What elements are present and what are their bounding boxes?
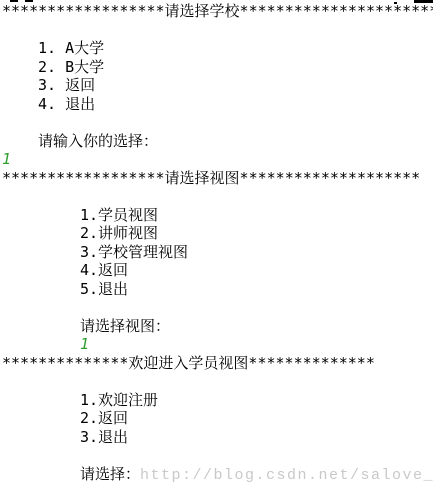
user-input-text: 1	[2, 150, 11, 168]
console-text: 2.讲师视图	[80, 224, 158, 242]
console-text: 3. 返回	[38, 76, 95, 94]
console-output[interactable]: ******************请选择学校*****************…	[0, 2, 433, 483]
console-line	[0, 187, 433, 206]
console-line: 2.返回	[0, 409, 433, 428]
console-line: ******************请选择视图*****************…	[0, 169, 433, 188]
console-text: 请选择：	[80, 465, 140, 483]
console-line: 请选择视图：	[0, 317, 433, 336]
console-screenshot: { "page": { "background": "#ffffff", "wi…	[0, 0, 433, 483]
console-line: 请选择：http://blog.csdn.net/salove_y	[0, 465, 433, 483]
console-line: 1	[0, 335, 433, 354]
console-line: 2.讲师视图	[0, 224, 433, 243]
console-text: 2.返回	[80, 409, 128, 427]
console-line: 1	[0, 150, 433, 169]
console-line: ******************请选择学校*****************…	[0, 2, 433, 21]
console-line: 5.退出	[0, 280, 433, 299]
console-text: ******************请选择视图*****************…	[2, 169, 420, 187]
console-line: 4.返回	[0, 261, 433, 280]
console-text: 请选择视图：	[80, 317, 170, 335]
console-text: 5.退出	[80, 280, 128, 298]
console-text: 1.学员视图	[80, 206, 158, 224]
console-line	[0, 372, 433, 391]
watermark-text: http://blog.csdn.net/salove_y	[140, 467, 433, 483]
console-line: 请输入你的选择：	[0, 132, 433, 151]
console-line: 2. B大学	[0, 58, 433, 77]
console-line: **************欢迎进入学员视图**************	[0, 354, 433, 373]
user-input-text: 1	[80, 335, 89, 353]
console-line: 1.欢迎注册	[0, 391, 433, 410]
console-line: 3.退出	[0, 428, 433, 447]
console-text: 2. B大学	[38, 58, 104, 76]
console-line: 3. 返回	[0, 76, 433, 95]
console-text: **************欢迎进入学员视图**************	[2, 354, 375, 372]
console-line	[0, 446, 433, 465]
console-line: 4. 退出	[0, 95, 433, 114]
console-text: 请输入你的选择：	[38, 132, 158, 150]
console-line	[0, 298, 433, 317]
console-line	[0, 113, 433, 132]
console-text: 3.退出	[80, 428, 128, 446]
console-line: 1.学员视图	[0, 206, 433, 225]
console-text: 1. A大学	[38, 39, 104, 57]
console-line: 3.学校管理视图	[0, 243, 433, 262]
console-text: 4.返回	[80, 261, 128, 279]
console-text: 1.欢迎注册	[80, 391, 158, 409]
console-line	[0, 21, 433, 40]
console-text: 4. 退出	[38, 95, 95, 113]
console-line: 1. A大学	[0, 39, 433, 58]
console-text: 3.学校管理视图	[80, 243, 188, 261]
console-text: ******************请选择学校*****************…	[2, 2, 433, 20]
